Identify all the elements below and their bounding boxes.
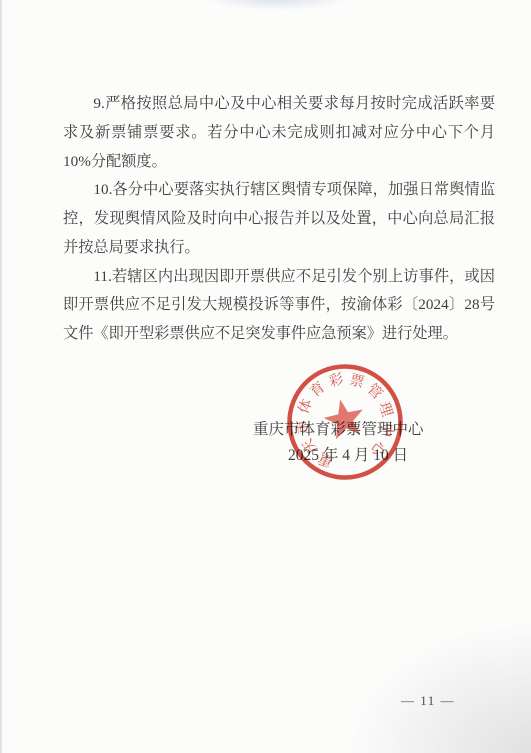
body-text: 9.严格按照总局中心及中心相关要求每月按时完成活跃率要 求及新票铺票要求。若分中…	[63, 90, 495, 349]
official-seal: 重庆市体育彩票管理中心	[260, 337, 430, 507]
seal-group: 重庆市体育彩票管理中心	[279, 356, 411, 488]
paragraph-10: 10.各分中心要落实执行辖区舆情专项保障，加强日常舆情监 控，发现舆情风险及时向…	[63, 176, 495, 262]
seal-char: 理	[375, 400, 396, 419]
seal-star-icon	[321, 395, 368, 440]
text-line: 10%分配额度。	[63, 148, 495, 177]
seal-char: 彩	[327, 371, 345, 391]
text-line: 求及新票铺票要求。若分中心未完成则扣减对应分中心下个月	[63, 119, 495, 148]
scan-edge-left	[0, 0, 3, 753]
page-number: — 11 —	[401, 693, 455, 709]
document-page: 9.严格按照总局中心及中心相关要求每月按时完成活跃率要 求及新票铺票要求。若分中…	[0, 0, 531, 753]
text-line: 控，发现舆情风险及时向中心报告并以及处置，中心向总局汇报	[63, 205, 495, 234]
text-line: 10.各分中心要落实执行辖区舆情专项保障，加强日常舆情监	[63, 176, 495, 205]
text-line: 9.严格按照总局中心及中心相关要求每月按时完成活跃率要	[63, 90, 495, 119]
text-line: 即开票供应不足引发大规模投诉等事件，按渝体彩〔2024〕28号	[63, 291, 495, 320]
text-line: 并按总局要求执行。	[63, 234, 495, 263]
text-line: 11.若辖区内出现因即开票供应不足引发个别上访事件，或因	[63, 263, 495, 292]
scan-smudge-top	[205, 0, 350, 10]
seal-char: 中	[377, 421, 396, 438]
scan-smudge-corner	[321, 603, 531, 753]
paragraph-9: 9.严格按照总局中心及中心相关要求每月按时完成活跃率要 求及新票铺票要求。若分中…	[63, 90, 495, 176]
seal-char: 票	[348, 371, 367, 391]
seal-char: 体	[295, 396, 316, 416]
seal-char: 市	[294, 419, 313, 435]
paragraph-11: 11.若辖区内出现因即开票供应不足引发个别上访事件，或因 即开票供应不足引发大规…	[63, 263, 495, 349]
seal-char: 重	[315, 449, 336, 471]
